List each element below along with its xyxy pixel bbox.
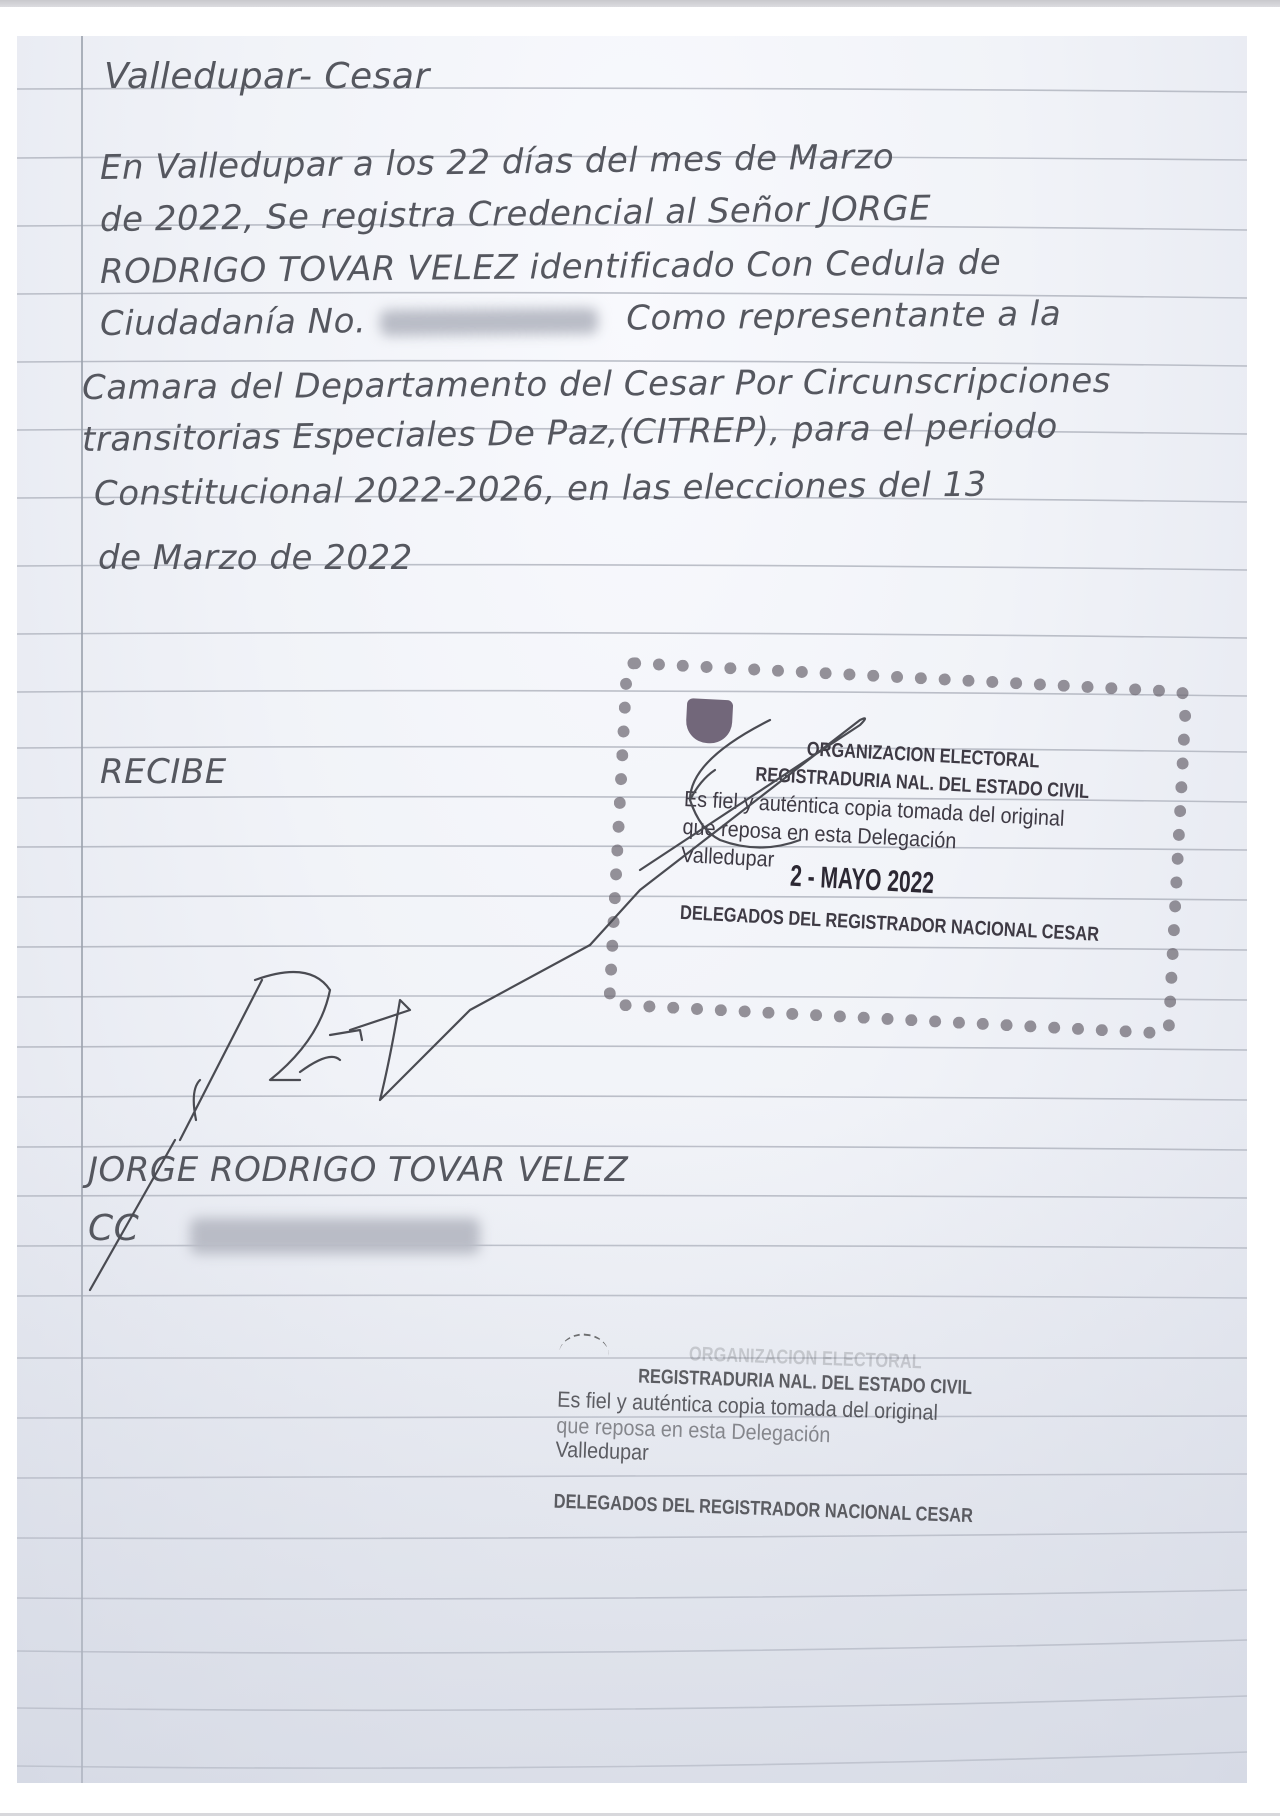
body-line-4-prefix: Ciudadanía No. xyxy=(100,301,367,344)
margin-line xyxy=(81,36,83,1783)
signer-id-label: CC xyxy=(88,1208,139,1249)
signer-name: JORGE RODRIGO TOVAR VELEZ xyxy=(88,1150,628,1190)
stamp-2-footer: DELEGADOS DEL REGISTRADOR NACIONAL CESAR xyxy=(553,1491,973,1529)
viewer-top-edge xyxy=(0,0,1280,7)
certification-stamp: ORGANIZACION ELECTORAL REGISTRADURIA NAL… xyxy=(593,646,1182,1045)
stamp-line-5: Valledupar xyxy=(680,842,774,873)
body-line-5: Camara del Departamento del Cesar Por Ci… xyxy=(82,361,1111,408)
redacted-id-number xyxy=(380,307,598,335)
stamp-2-line-5: Valledupar xyxy=(555,1437,649,1466)
faded-coat-of-arms-icon xyxy=(558,1333,609,1377)
body-line-4-suffix: Como representante a la xyxy=(626,294,1061,339)
faded-certification-stamp: ORGANIZACION ELECTORAL REGISTRADURIA NAL… xyxy=(531,1322,1059,1590)
recibe-label: RECIBE xyxy=(100,752,227,792)
redacted-signer-id xyxy=(190,1218,480,1254)
body-line-8: de Marzo de 2022 xyxy=(98,538,413,578)
document-heading: Valledupar- Cesar xyxy=(104,56,430,97)
